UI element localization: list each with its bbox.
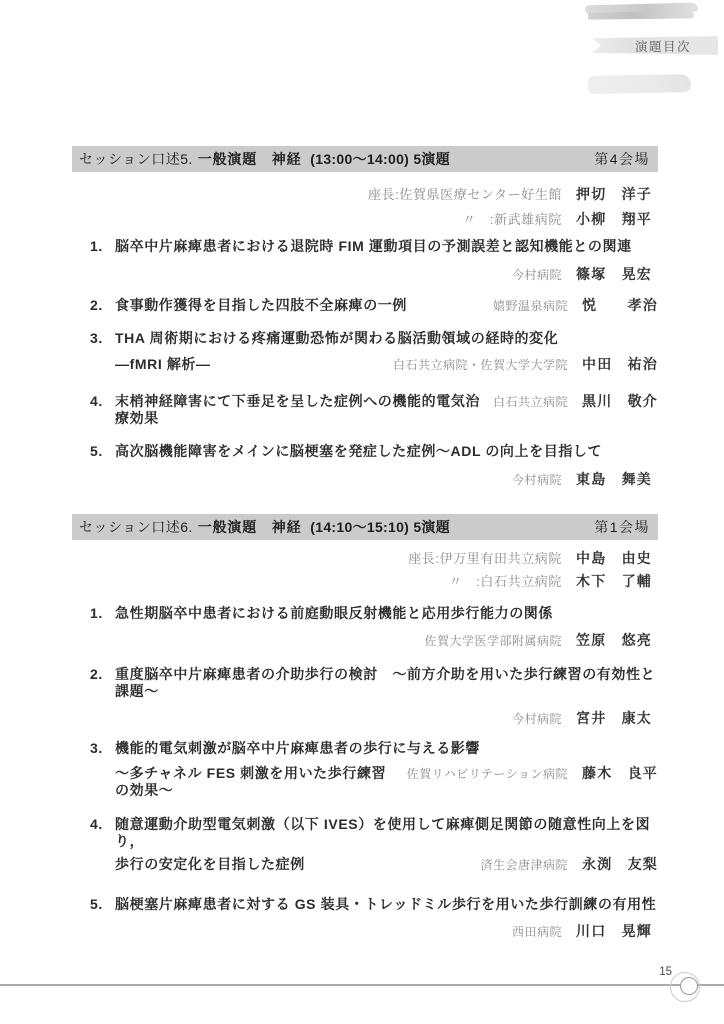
- item-number: 2.: [90, 297, 115, 314]
- chair-role-affiliation: 〃 :新武雄病院: [463, 209, 562, 228]
- item-title: 食事動作獲得を目指した四肢不全麻痺の一例: [115, 297, 407, 314]
- brush-stroke-decoration: [588, 11, 694, 19]
- presenter-line: 今村病院篠塚 晃宏: [72, 264, 652, 279]
- footer-rule: [0, 984, 724, 986]
- presenter-line: 西田病院川口 晃輝: [72, 921, 652, 936]
- presenter-line: 今村病院東島 舞美: [72, 469, 652, 484]
- item-number: 1.: [90, 605, 115, 622]
- session-venue: 第1会場: [594, 517, 650, 537]
- item-number: 3.: [90, 740, 115, 757]
- item-title: 機能的電気刺激が脳卒中片麻痺患者の歩行に与える影響: [115, 740, 480, 757]
- toc-label: 演題目次: [635, 37, 691, 55]
- presenter-name: 永渕 友梨: [582, 856, 658, 872]
- item-title: 末梢神経障害にて下垂足を呈した症例への機能的電気治療効果: [115, 393, 483, 427]
- session-block-oral-6: セッション口述6. 一般演題 神経 (14:10〜15:10) 5演題 第1会場…: [72, 514, 658, 936]
- chair-name: 木下 了輔: [576, 571, 652, 591]
- session-block-oral-5: セッション口述5. 一般演題 神経 (13:00〜14:00) 5演題 第4会場…: [72, 146, 658, 484]
- presenter-affiliation: 今村病院: [512, 712, 562, 726]
- chair-line: 座長:伊万里有田共立病院 中島 由史: [72, 548, 652, 564]
- chair-line: 座長:佐賀県医療センター好生館 押切 洋子: [72, 184, 652, 200]
- item-subtitle: 〜多チャネル FES 刺激を用いた歩行練習の効果〜: [72, 765, 397, 799]
- session-title: セッション口述5. 一般演題 神経 (13:00〜14:00) 5演題: [79, 149, 450, 169]
- presentation-title: 3.機能的電気刺激が脳卒中片麻痺患者の歩行に与える影響: [72, 740, 658, 757]
- chair-name: 中島 由史: [576, 548, 652, 568]
- presenter-affiliation: 白石共立病院: [493, 395, 568, 409]
- item-subtitle: 歩行の安定化を目指した症例: [72, 856, 305, 873]
- presenter: 今村病院東島 舞美: [512, 469, 652, 489]
- presenter: 済生会唐津病院永渕 友梨: [480, 856, 658, 874]
- presenter-name: 宮井 康太: [576, 710, 652, 726]
- presentation-subtitle: 歩行の安定化を目指した症例 済生会唐津病院永渕 友梨: [72, 856, 658, 874]
- presenter-affiliation: 西田病院: [512, 925, 562, 939]
- item-title: 脳卒中片麻痺患者における退院時 FIM 運動項目の予測誤差と認知機能との関連: [115, 238, 632, 255]
- chair-role-affiliation: 〃 :白石共立病院: [449, 571, 562, 590]
- item-number: 5.: [90, 896, 115, 913]
- chair-line: 〃 :新武雄病院 小柳 翔平: [72, 209, 652, 225]
- session-prefix: セッション口述5.: [79, 151, 193, 167]
- chair-name: 押切 洋子: [576, 184, 652, 204]
- chair-name: 小柳 翔平: [576, 209, 652, 229]
- item-title: 急性期脳卒中患者における前庭動眼反射機能と応用歩行能力の関係: [115, 605, 553, 622]
- session-category: 一般演題 神経: [198, 519, 302, 535]
- presenter-affiliation: 嬉野温泉病院: [493, 299, 568, 313]
- presenter: 佐賀リハビリテーション病院藤木 良平: [407, 765, 658, 783]
- program-page: 演題目次 セッション口述5. 一般演題 神経 (13:00〜14:00) 5演題…: [0, 0, 724, 1024]
- presentation-subtitle: ―fMRI 解析― 白石共立病院・佐賀大学大学院中田 祐治: [72, 356, 658, 374]
- presenter-name: 藤木 良平: [582, 765, 658, 781]
- item-number: 5.: [90, 443, 115, 460]
- item-number: 2.: [90, 666, 115, 683]
- session-prefix: セッション口述6.: [79, 519, 193, 535]
- presenter: 嬉野温泉病院悦 孝治: [493, 297, 658, 315]
- presenter-name: 黒川 敬介: [582, 393, 658, 409]
- session-venue: 第4会場: [594, 149, 650, 169]
- presentation-title: 1.急性期脳卒中患者における前庭動眼反射機能と応用歩行能力の関係: [72, 605, 658, 622]
- presenter-affiliation: 佐賀大学医学部附属病院: [424, 634, 562, 648]
- item-title: 脳梗塞片麻痺患者に対する GS 装具・トレッドミル歩行を用いた歩行訓練の有用性: [115, 896, 656, 913]
- item-number: 4.: [90, 816, 115, 833]
- presentation-title: 4.末梢神経障害にて下垂足を呈した症例への機能的電気治療効果 白石共立病院黒川 …: [72, 393, 658, 427]
- chair-role-affiliation: 座長:佐賀県医療センター好生館: [368, 184, 562, 203]
- item-number: 3.: [90, 330, 115, 347]
- session-time-count: (13:00〜14:00) 5演題: [310, 151, 450, 167]
- item-title: 重度脳卒中片麻痺患者の介助歩行の検討 〜前方介助を用いた歩行練習の有効性と課題〜: [115, 666, 658, 700]
- toc-ribbon: 演題目次: [592, 36, 718, 55]
- presentation-title: 2.重度脳卒中片麻痺患者の介助歩行の検討 〜前方介助を用いた歩行練習の有効性と課…: [72, 666, 658, 700]
- presenter-name: 悦 孝治: [582, 297, 658, 313]
- presenter: 今村病院篠塚 晃宏: [512, 264, 652, 284]
- presentation-title: 3.THA 周術期における疼痛運動恐怖が関わる脳活動領域の経時的変化: [72, 330, 658, 347]
- presentation-title: 4.随意運動介助型電気刺激（以下 IVES）を使用して麻痺側足関節の随意性向上を…: [72, 816, 658, 850]
- presenter-name: 篠塚 晃宏: [576, 266, 652, 282]
- presenter-name: 中田 祐治: [582, 356, 658, 372]
- session-title: セッション口述6. 一般演題 神経 (14:10〜15:10) 5演題: [79, 517, 450, 537]
- presenter-name: 川口 晃輝: [576, 923, 652, 939]
- presenter-line: 今村病院宮井 康太: [72, 708, 652, 723]
- presenter: 今村病院宮井 康太: [512, 708, 652, 728]
- presentation-title: 2.食事動作獲得を目指した四肢不全麻痺の一例 嬉野温泉病院悦 孝治: [72, 297, 658, 315]
- item-title: 随意運動介助型電気刺激（以下 IVES）を使用して麻痺側足関節の随意性向上を図り…: [115, 816, 658, 850]
- presenter-name: 笠原 悠亮: [576, 632, 652, 648]
- presentation-title: 5.脳梗塞片麻痺患者に対する GS 装具・トレッドミル歩行を用いた歩行訓練の有用…: [72, 896, 658, 913]
- session-header-bar: セッション口述5. 一般演題 神経 (13:00〜14:00) 5演題 第4会場: [72, 146, 658, 172]
- session-time-count: (14:10〜15:10) 5演題: [310, 519, 450, 535]
- item-title: 高次脳機能障害をメインに脳梗塞を発症した症例〜ADL の向上を目指して: [115, 443, 602, 460]
- presenter-affiliation: 佐賀リハビリテーション病院: [407, 767, 568, 781]
- item-title: THA 周術期における疼痛運動恐怖が関わる脳活動領域の経時的変化: [115, 330, 558, 347]
- page-corner-circle-inner: [680, 977, 698, 995]
- presenter-affiliation: 白石共立病院・佐賀大学大学院: [393, 358, 568, 372]
- presentation-subtitle: 〜多チャネル FES 刺激を用いた歩行練習の効果〜 佐賀リハビリテーション病院藤…: [72, 765, 658, 799]
- presenter-affiliation: 済生会唐津病院: [480, 858, 568, 872]
- presenter-affiliation: 今村病院: [512, 473, 562, 487]
- session-category: 一般演題 神経: [198, 151, 302, 167]
- presenter-name: 東島 舞美: [576, 471, 652, 487]
- presentation-title: 1.脳卒中片麻痺患者における退院時 FIM 運動項目の予測誤差と認知機能との関連: [72, 238, 658, 255]
- page-number: 15: [640, 966, 672, 978]
- presentation-title: 5.高次脳機能障害をメインに脳梗塞を発症した症例〜ADL の向上を目指して: [72, 443, 658, 460]
- item-number: 4.: [90, 393, 115, 410]
- brush-stroke-decoration: [588, 74, 691, 94]
- presenter: 白石共立病院黒川 敬介: [493, 393, 658, 411]
- presenter-line: 佐賀大学医学部附属病院笠原 悠亮: [72, 630, 652, 645]
- chair-role-affiliation: 座長:伊万里有田共立病院: [408, 548, 562, 567]
- item-number: 1.: [90, 238, 115, 255]
- item-subtitle: ―fMRI 解析―: [72, 356, 211, 373]
- presenter: 西田病院川口 晃輝: [512, 921, 652, 941]
- session-header-bar: セッション口述6. 一般演題 神経 (14:10〜15:10) 5演題 第1会場: [72, 514, 658, 540]
- presenter: 佐賀大学医学部附属病院笠原 悠亮: [424, 630, 652, 650]
- presenter: 白石共立病院・佐賀大学大学院中田 祐治: [393, 356, 658, 374]
- presenter-affiliation: 今村病院: [512, 268, 562, 282]
- chair-line: 〃 :白石共立病院 木下 了輔: [72, 571, 652, 587]
